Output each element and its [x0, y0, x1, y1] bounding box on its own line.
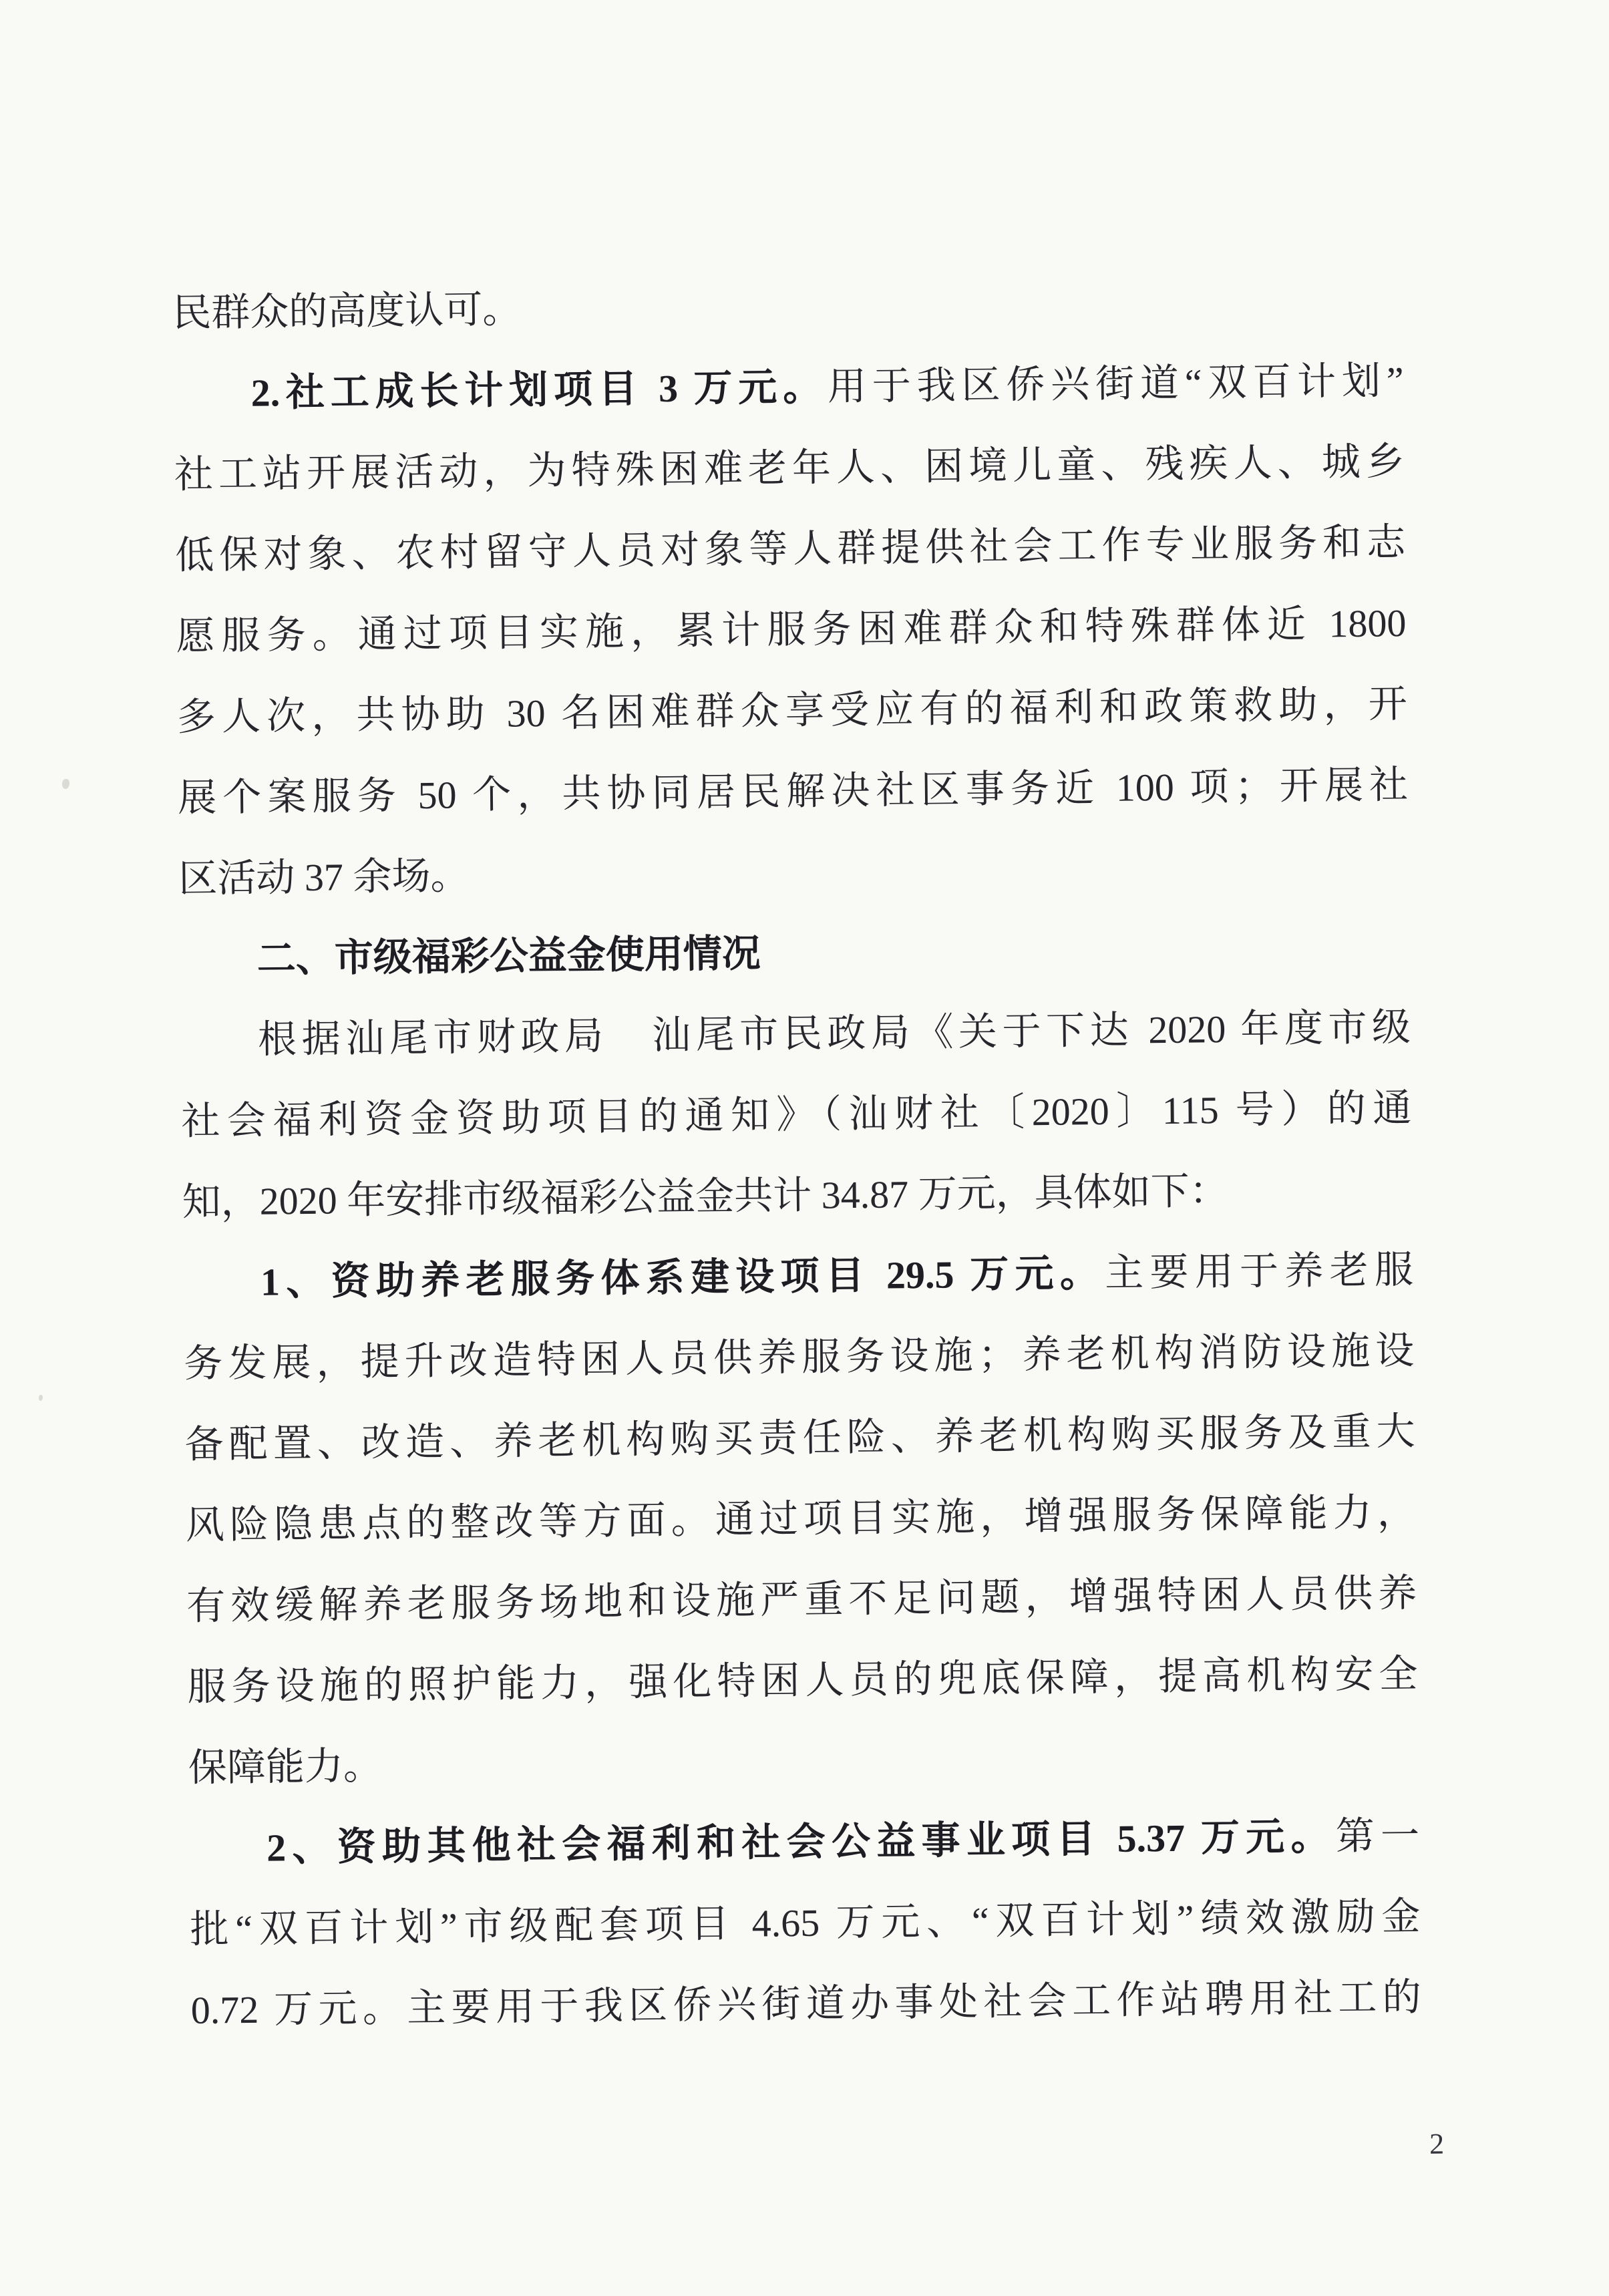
bold-text: 1、资助养老服务体系建设项目 29.5 万元。: [260, 1251, 1105, 1304]
document-page: 民群众的高度认可。2.社工成长计划项目 3 万元。用于我区侨兴街道“双百计划”社…: [0, 0, 1609, 2296]
text-line: 2.社工成长计划项目 3 万元。用于我区侨兴街道“双百计划”: [173, 340, 1404, 434]
body-text: 批“双百计划”市级配套项目 4.65 万元、“双百计划”绩效激励金: [190, 1895, 1421, 1951]
text-line: 1、资助养老服务体系建设项目 29.5 万元。主要用于养老服: [182, 1229, 1413, 1323]
text-line: 2、资助其他社会福利和社会公益事业项目 5.37 万元。第一: [189, 1795, 1420, 1889]
text-line: 风险隐患点的整改等方面。通过项目实施，增强服务保障能力，: [185, 1472, 1416, 1566]
section-heading: 二、市级福彩公益金使用情况: [179, 906, 1410, 1000]
body-text: 多人次，共协助 30 名困难群众享受应有的福利和政策救助，开: [177, 682, 1408, 739]
text-line: 愿服务。通过项目实施，累计服务困难群众和特殊群体近 1800: [176, 583, 1407, 677]
scan-artifact: [39, 1395, 43, 1401]
text-line: 展个案服务 50 个，共协同居民解决社区事务近 100 项；开展社: [178, 744, 1409, 838]
text-line: 知，2020 年安排市级福彩公益金共计 34.87 万元，具体如下：: [182, 1148, 1413, 1243]
text-line: 民群众的高度认可。: [172, 259, 1403, 353]
text-line: 低保对象、农村留守人员对象等人群提供社会工作专业服务和志: [175, 502, 1406, 596]
body-text: 有效缓解养老服务场地和设施严重不足问题，增强特困人员供养: [186, 1571, 1417, 1628]
body-text: 备配置、改造、养老机构购买责任险、养老机构购买服务及重大: [184, 1410, 1415, 1466]
body-text: 用于我区侨兴街道“双百计划”: [828, 359, 1404, 408]
body-text: 区活动 37 余场。: [178, 854, 470, 900]
body-text: 保障能力。: [188, 1744, 383, 1790]
bold-text: 二、市级福彩公益金使用情况: [256, 932, 761, 981]
body-text: 愿服务。通过项目实施，累计服务困难群众和特殊群体近 1800: [176, 601, 1407, 658]
body-text: 社工站开展活动，为特殊困难老年人、困境儿童、残疾人、城乡: [174, 440, 1405, 496]
bold-text: 2.社工成长计划项目 3 万元。: [250, 365, 828, 414]
text-line: 社会福利资金资助项目的通知》（汕财社〔2020〕115 号）的通: [181, 1068, 1412, 1162]
text-line: 服务设施的照护能力，强化特困人员的兜底保障，提高机构安全: [187, 1633, 1418, 1728]
body-text: 第一: [1335, 1814, 1419, 1858]
scan-artifact: [62, 779, 69, 789]
text-line: 社工站开展活动，为特殊困难老年人、困境儿童、残疾人、城乡: [174, 421, 1405, 515]
text-line: 有效缓解养老服务场地和设施严重不足问题，增强特困人员供养: [186, 1552, 1417, 1647]
text-line: 多人次，共协助 30 名困难群众享受应有的福利和政策救助，开: [176, 663, 1407, 758]
body-text: 民群众的高度认可。: [172, 287, 522, 335]
page-number: 2: [1429, 2127, 1445, 2161]
text-line: 区活动 37 余场。: [178, 825, 1409, 919]
body-text: 展个案服务 50 个，共协同居民解决社区事务近 100 项；开展社: [178, 763, 1409, 820]
body-text: 根据汕尾市财政局 汕尾市民政局《关于下达 2020 年度市级: [258, 1005, 1411, 1061]
text-line: 批“双百计划”市级配套项目 4.65 万元、“双百计划”绩效激励金: [190, 1876, 1421, 1970]
body-text: 低保对象、农村留守人员对象等人群提供社会工作专业服务和志: [175, 520, 1406, 577]
text-line: 备配置、改造、养老机构购买责任险、养老机构购买服务及重大: [184, 1391, 1415, 1485]
text-line: 务发展，提升改造特困人员供养服务设施；养老机构消防设施设: [184, 1310, 1415, 1404]
text-line: 根据汕尾市财政局 汕尾市民政局《关于下达 2020 年度市级: [180, 987, 1411, 1081]
body-text: 服务设施的照护能力，强化特困人员的兜底保障，提高机构安全: [187, 1652, 1418, 1709]
body-text: 社会福利资金资助项目的通知》（汕财社〔2020〕115 号）的通: [181, 1086, 1412, 1143]
body-text: 知，2020 年安排市级福彩公益金共计 34.87 万元，具体如下：: [182, 1169, 1228, 1224]
body-text: 务发展，提升改造特困人员供养服务设施；养老机构消防设施设: [184, 1329, 1415, 1385]
bold-text: 2、资助其他社会福利和社会公益事业项目 5.37 万元。: [266, 1814, 1336, 1869]
body-text: 风险隐患点的整改等方面。通过项目实施，增强服务保障能力，: [186, 1490, 1417, 1547]
body-text: 0.72 万元。主要用于我区侨兴街道办事处社会工作站聘用社工的: [190, 1975, 1421, 2032]
document-content: 民群众的高度认可。2.社工成长计划项目 3 万元。用于我区侨兴街道“双百计划”社…: [172, 259, 1422, 2051]
body-text: 主要用于养老服: [1105, 1248, 1413, 1295]
text-line: 保障能力。: [188, 1714, 1419, 1808]
text-line: 0.72 万元。主要用于我区侨兴街道办事处社会工作站聘用社工的: [190, 1957, 1421, 2051]
